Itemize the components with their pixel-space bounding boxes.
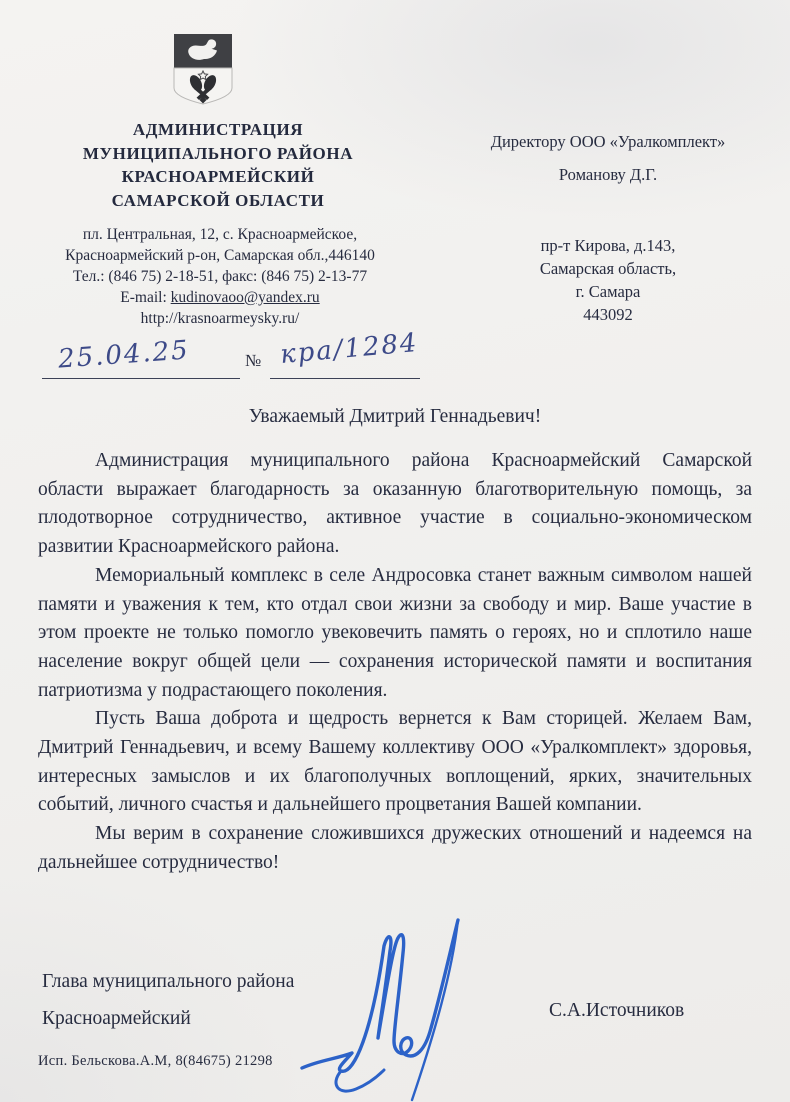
signer-name: С.А.Источников — [549, 1000, 684, 1022]
salutation: Уважаемый Дмитрий Геннадьевич! — [0, 406, 790, 428]
scanned-letter-page: АДМИНИСТРАЦИЯ МУНИЦИПАЛЬНОГО РАЙОНА КРАС… — [0, 0, 790, 1102]
handwritten-signature — [292, 910, 497, 1102]
org-line: АДМИНИСТРАЦИЯ — [18, 118, 418, 142]
date-underline — [42, 378, 240, 379]
letterhead-contacts: пл. Центральная, 12, с. Красноармейское,… — [10, 224, 430, 329]
org-line: САМАРСКОЙ ОБЛАСТИ — [18, 189, 418, 213]
recipient-address-line: пр-т Кирова, д.143, — [452, 234, 764, 257]
org-line: КРАСНОАРМЕЙСКИЙ — [18, 165, 418, 189]
recipient-address-line: г. Самара — [452, 280, 764, 303]
org-phone-line: Тел.: (846 75) 2-18-51, факс: (846 75) 2… — [10, 266, 430, 287]
recipient-address-line: 443092 — [452, 303, 764, 326]
handwritten-number: кра/1284 — [279, 328, 420, 370]
handwritten-date: 25.04.25 — [57, 335, 191, 374]
letterhead-org-name: АДМИНИСТРАЦИЯ МУНИЦИПАЛЬНОГО РАЙОНА КРАС… — [18, 118, 418, 212]
number-underline — [270, 378, 420, 379]
email-label: E-mail: — [120, 289, 170, 306]
recipient-address: пр-т Кирова, д.143, Самарская область, г… — [452, 234, 764, 326]
recipient-block: Директору ООО «Уралкомплект» Романову Д.… — [452, 130, 764, 326]
paragraph: Пусть Ваша доброта и щедрость вернется к… — [38, 705, 752, 820]
coat-of-arms-icon — [172, 33, 234, 105]
org-address-line: Красноармейский р-он, Самарская обл.,446… — [10, 245, 430, 266]
org-email-line: E-mail: kudinovaoo@yandex.ru — [10, 287, 430, 308]
letter-body: Администрация муниципального района Крас… — [38, 447, 752, 878]
paragraph: Администрация муниципального района Крас… — [38, 447, 752, 562]
executor-line: Исп. Бельскова.А.М, 8(84675) 21298 — [38, 1053, 273, 1070]
recipient-title: Директору ООО «Уралкомплект» — [452, 130, 764, 154]
org-line: МУНИЦИПАЛЬНОГО РАЙОНА — [18, 142, 418, 166]
paragraph: Мы верим в сохранение сложившихся дружес… — [38, 820, 752, 877]
recipient-address-line: Самарская область, — [452, 257, 764, 280]
org-website: http://krasnoarmeysky.ru/ — [10, 308, 430, 329]
paragraph: Мемориальный комплекс в селе Андросовка … — [38, 562, 752, 706]
org-address-line: пл. Центральная, 12, с. Красноармейское, — [10, 224, 430, 245]
number-sign: № — [245, 351, 261, 371]
recipient-name: Романову Д.Г. — [452, 163, 764, 187]
email-address: kudinovaoo@yandex.ru — [171, 289, 320, 306]
reference-row: 25.04.25 № кра/1284 — [42, 338, 462, 390]
